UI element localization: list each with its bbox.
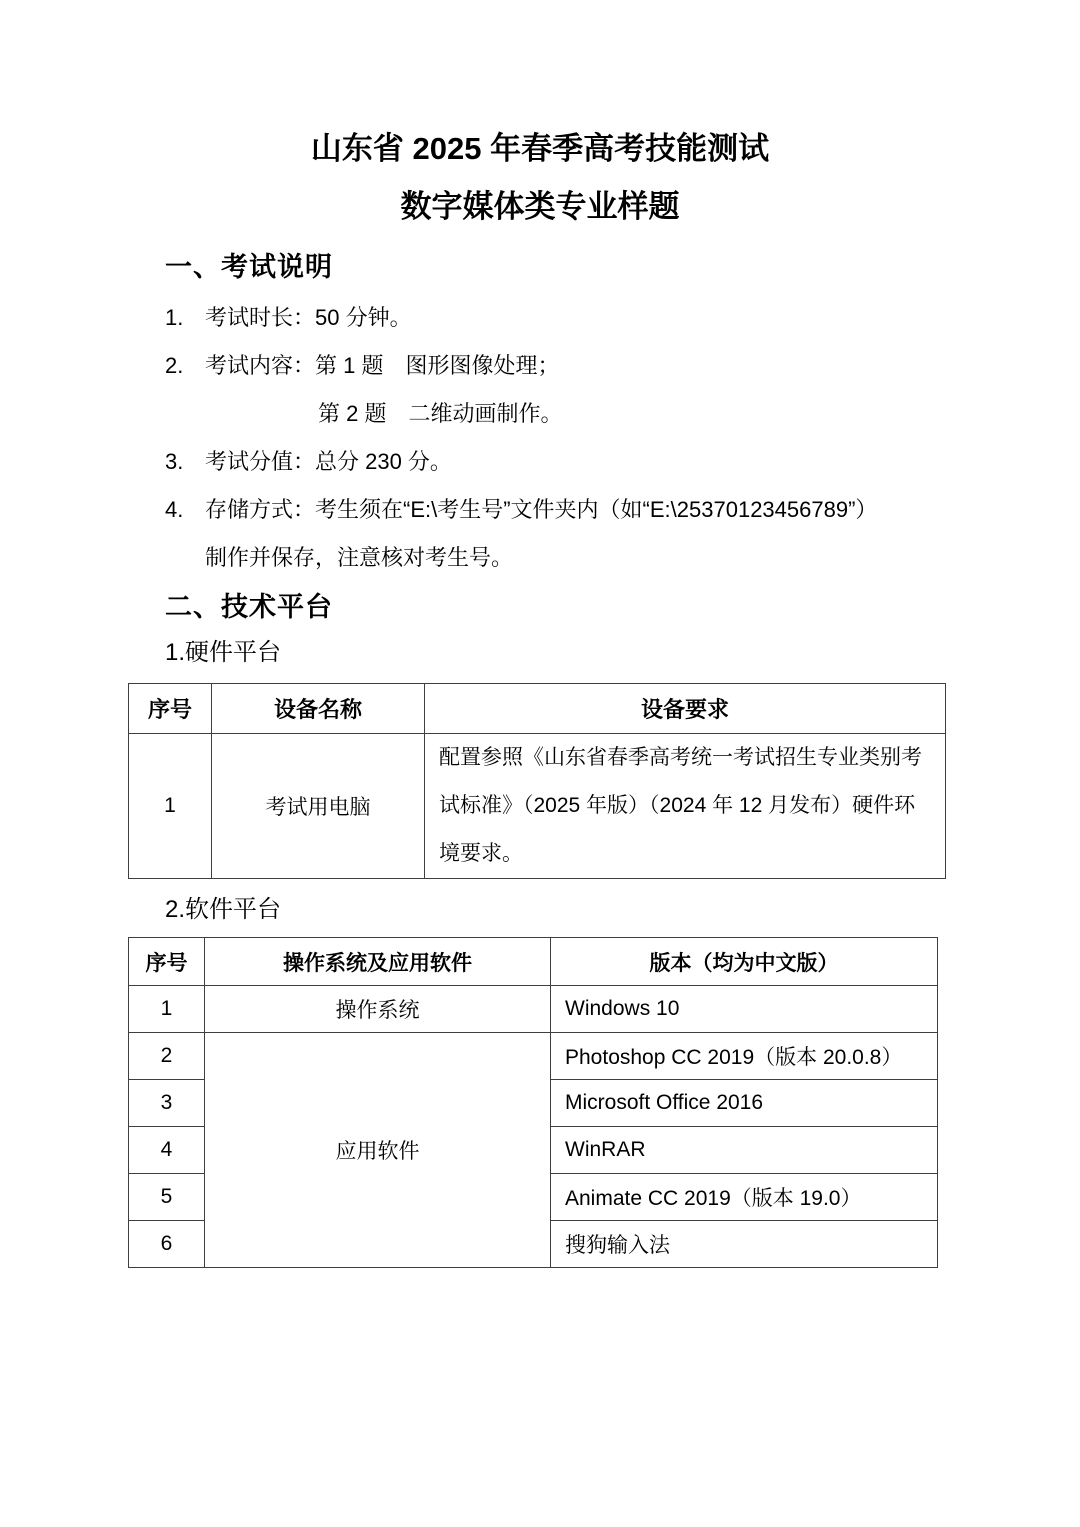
software-header-category: 操作系统及应用软件 xyxy=(205,938,551,986)
software-cell-no: 2 xyxy=(129,1033,205,1080)
software-cell-category: 操作系统 xyxy=(205,986,551,1033)
list-item-text: 考试时长：50 分钟。 xyxy=(205,294,412,342)
list-item-text: 第 1 题 图形图像处理； xyxy=(315,342,559,390)
section-heading-tech-platform: 二、技术平台 xyxy=(165,590,952,624)
document-page: 山东省 2025 年春季高考技能测试 数字媒体类专业样题 一、考试说明 1. 考… xyxy=(0,0,1080,1527)
software-cell-version: WinRAR xyxy=(551,1127,938,1174)
list-item-score: 3. 考试分值：总分 230 分。 xyxy=(165,438,952,486)
software-cell-version: Windows 10 xyxy=(551,986,938,1033)
hardware-cell-name: 考试用电脑 xyxy=(212,734,425,879)
list-item-content-continuation: 第 2 题 二维动画制作。 xyxy=(165,390,952,438)
software-cell-version: Microsoft Office 2016 xyxy=(551,1080,938,1127)
hardware-header-requirement: 设备要求 xyxy=(425,684,946,734)
list-item-number: 4. xyxy=(165,486,205,534)
software-cell-category-merged: 应用软件 xyxy=(205,1033,551,1268)
doc-subtitle: 数字媒体类专业样题 xyxy=(128,188,952,226)
list-item-label: 考试内容： xyxy=(205,342,315,390)
software-cell-no: 1 xyxy=(129,986,205,1033)
software-cell-no: 4 xyxy=(129,1127,205,1174)
table-row: 2 应用软件 Photoshop CC 2019（版本 20.0.8） xyxy=(129,1033,938,1080)
hardware-table: 序号 设备名称 设备要求 1 考试用电脑 配置参照《山东省春季高考统一考试招生专… xyxy=(128,683,946,879)
list-item-text: 考试分值：总分 230 分。 xyxy=(205,438,452,486)
hardware-table-header-row: 序号 设备名称 设备要求 xyxy=(129,684,946,734)
exam-info-list: 1. 考试时长：50 分钟。 2. 考试内容： 第 1 题 图形图像处理； 第 … xyxy=(165,294,952,582)
software-cell-version: 搜狗输入法 xyxy=(551,1221,938,1268)
list-item-content: 2. 考试内容： 第 1 题 图形图像处理； xyxy=(165,342,952,390)
hardware-cell-no: 1 xyxy=(129,734,212,879)
hardware-header-name: 设备名称 xyxy=(212,684,425,734)
software-cell-version: Animate CC 2019（版本 19.0） xyxy=(551,1174,938,1221)
table-row: 1 考试用电脑 配置参照《山东省春季高考统一考试招生专业类别考试标准》（2025… xyxy=(129,734,946,879)
list-item-text: 存储方式：考生须在“E:\考生号”文件夹内（如“E:\2537012345678… xyxy=(205,486,877,534)
software-cell-no: 3 xyxy=(129,1080,205,1127)
table-row: 1 操作系统 Windows 10 xyxy=(129,986,938,1033)
list-item-text: 第 2 题 二维动画制作。 xyxy=(318,390,562,438)
list-item-number: 2. xyxy=(165,342,205,390)
software-header-version: 版本（均为中文版） xyxy=(551,938,938,986)
list-item-duration: 1. 考试时长：50 分钟。 xyxy=(165,294,952,342)
software-cell-no: 6 xyxy=(129,1221,205,1268)
list-item-number: 1. xyxy=(165,294,205,342)
software-cell-version: Photoshop CC 2019（版本 20.0.8） xyxy=(551,1033,938,1080)
doc-title: 山东省 2025 年春季高考技能测试 xyxy=(128,0,952,168)
list-item-storage-continuation: 制作并保存，注意核对考生号。 xyxy=(165,534,952,582)
subheading-software-platform: 2.软件平台 xyxy=(165,895,952,925)
list-item-text: 制作并保存，注意核对考生号。 xyxy=(205,534,513,582)
software-table: 序号 操作系统及应用软件 版本（均为中文版） 1 操作系统 Windows 10… xyxy=(128,937,938,1268)
software-header-no: 序号 xyxy=(129,938,205,986)
software-cell-no: 5 xyxy=(129,1174,205,1221)
software-table-header-row: 序号 操作系统及应用软件 版本（均为中文版） xyxy=(129,938,938,986)
subheading-hardware-platform: 1.硬件平台 xyxy=(165,638,952,668)
list-item-number: 3. xyxy=(165,438,205,486)
hardware-cell-requirement: 配置参照《山东省春季高考统一考试招生专业类别考试标准》（2025 年版）（202… xyxy=(425,734,946,879)
list-item-storage: 4. 存储方式：考生须在“E:\考生号”文件夹内（如“E:\2537012345… xyxy=(165,486,952,534)
hardware-header-no: 序号 xyxy=(129,684,212,734)
section-heading-exam-info: 一、考试说明 xyxy=(165,250,952,284)
